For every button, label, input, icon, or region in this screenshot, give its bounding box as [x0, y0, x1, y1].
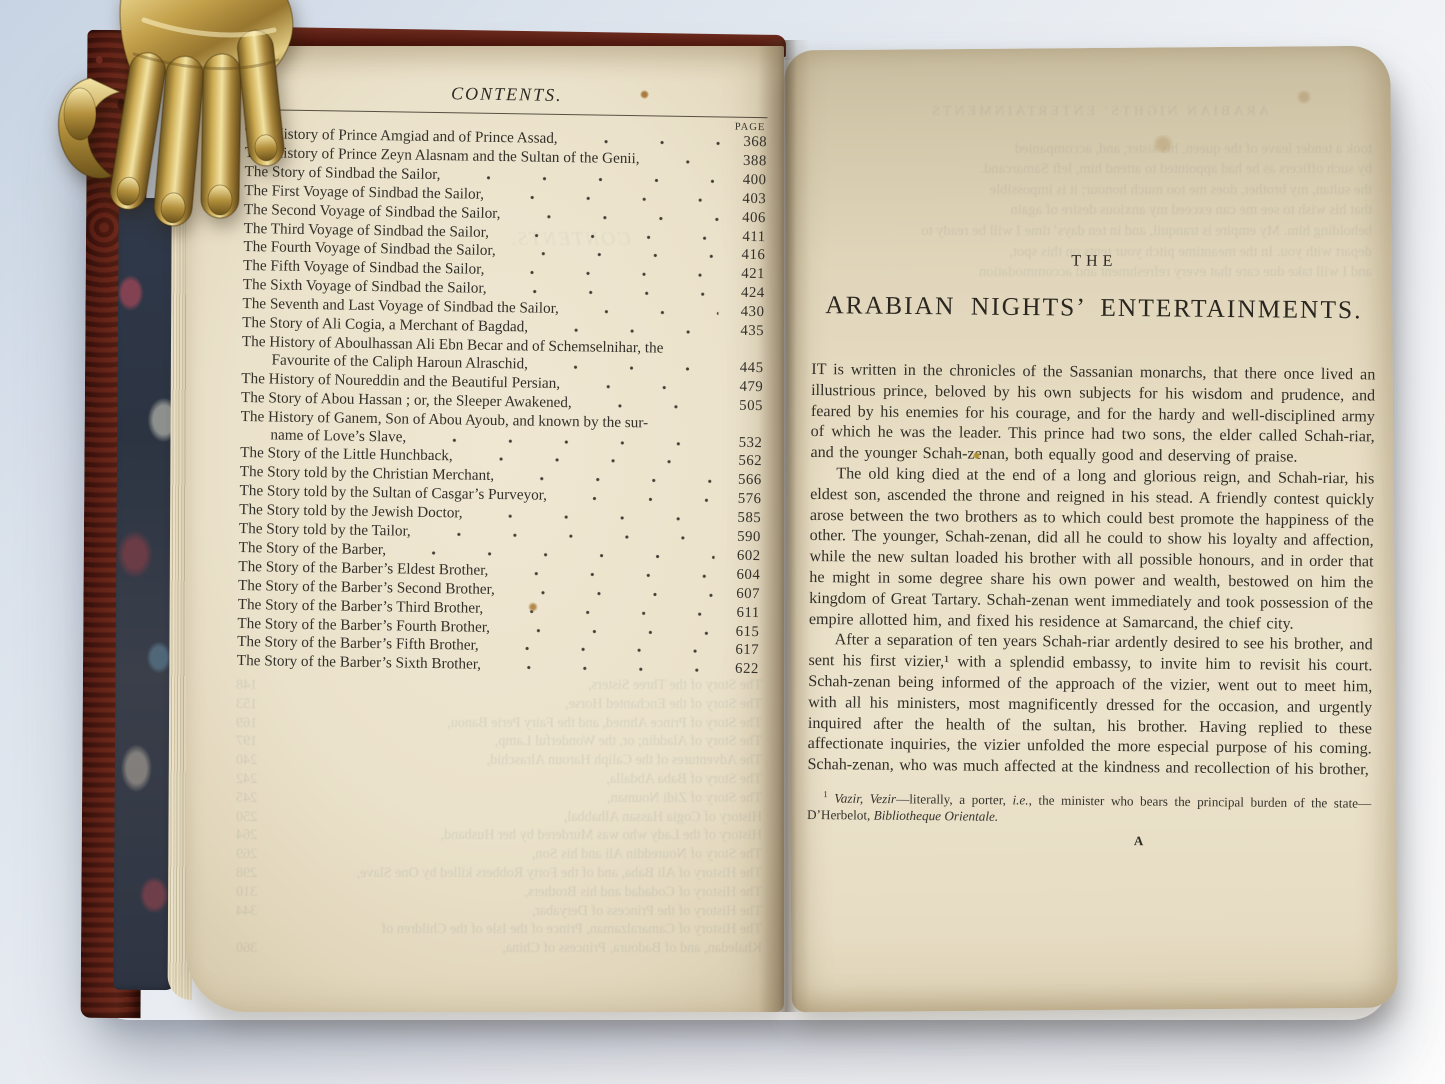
toc-page-number: 615 [723, 623, 759, 641]
toc-page-number: 403 [730, 190, 766, 208]
toc-page-number: 424 [729, 285, 765, 303]
dot-leader [561, 487, 716, 508]
book-photograph: CONTENTS. The Story of the Three Sisters… [0, 0, 1445, 1084]
toc-page-number: 406 [730, 209, 766, 227]
toc-page-number: 617 [723, 642, 759, 660]
toc-page-number: 590 [725, 529, 761, 547]
body-text: IT is written in the chronicles of the S… [807, 360, 1375, 781]
toc-page-number: 505 [727, 397, 763, 415]
dot-leader [495, 656, 713, 678]
contents-page: viii CONTENTS. PAGE The History of Princ… [237, 80, 768, 679]
contents-heading: CONTENTS. [326, 81, 688, 108]
toc-page-number: 445 [727, 359, 763, 377]
toc-page-number: 566 [726, 472, 762, 490]
toc-page-number: 388 [731, 153, 767, 171]
toc-page-number: 368 [731, 134, 767, 152]
footnote: 1 Vazir, Vezir—literally, a porter, i.e.… [807, 786, 1371, 829]
toc-list: The History of Prince Amgiad and of Prin… [237, 125, 768, 679]
dot-leader [467, 448, 717, 471]
paragraph: IT is written in the chronicles of the S… [810, 360, 1375, 469]
toc-page-number: 607 [724, 585, 760, 603]
toc-page-number: 435 [728, 323, 764, 341]
dot-leader [586, 394, 717, 415]
paragraph: The old king died at the end of a long a… [809, 464, 1375, 636]
toc-page-number: 604 [724, 566, 760, 584]
dot-leader [653, 150, 720, 170]
toc-page-number: 532 [726, 434, 762, 452]
toc-page-number: 430 [728, 304, 764, 322]
toc-page-number: 576 [725, 491, 761, 509]
toc-page-number: 562 [726, 453, 762, 471]
toc-page-number: 479 [727, 378, 763, 396]
toc-page-number: 411 [729, 228, 765, 246]
book-title: ARABIAN NIGHTS’ ENTERTAINMENTS. [812, 290, 1376, 325]
brass-hand-clasp [34, 0, 306, 252]
toc-page-number: 585 [725, 510, 761, 528]
text-page: THE ARABIAN NIGHTS’ ENTERTAINMENTS. IT i… [807, 90, 1378, 851]
signature-mark: A [1134, 833, 1371, 851]
dot-leader [572, 130, 722, 151]
dot-leader [542, 356, 718, 378]
title-kicker: THE [812, 250, 1376, 273]
toc-page-number: 416 [729, 247, 765, 265]
toc-page-number: 622 [723, 661, 759, 679]
paragraph: After a separation of ten years Schah-ri… [807, 630, 1372, 781]
toc-page-number: 611 [724, 604, 760, 622]
dot-leader [573, 300, 719, 321]
toc-page-number: 421 [729, 266, 765, 284]
dot-leader [574, 375, 717, 396]
toc-page-number: 602 [724, 548, 760, 566]
toc-page-number: 400 [730, 171, 766, 189]
